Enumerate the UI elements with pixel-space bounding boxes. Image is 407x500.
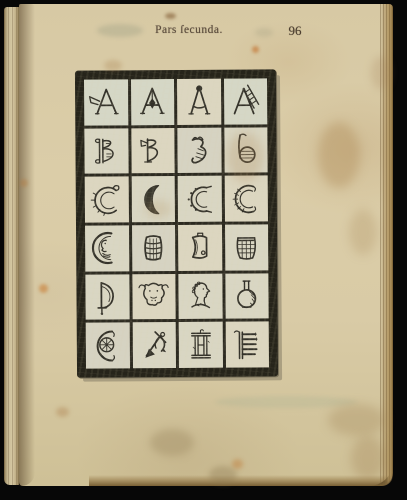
- woodcut-cell-b-ornate: [84, 128, 128, 174]
- a-carpenters-square-icon: [87, 82, 126, 123]
- gothic-e-gate-icon: [181, 324, 220, 365]
- anchor-icon: [135, 325, 174, 366]
- woodcut-cell-horn-three: [177, 127, 221, 173]
- show-through: [255, 28, 273, 37]
- stain: [39, 284, 48, 293]
- woodcut-cell-c-horn: [85, 177, 129, 223]
- c-horseshoe-icon: [180, 178, 219, 219]
- a-compass-icon: [180, 81, 219, 122]
- a-plumb-level-icon: [133, 81, 172, 122]
- woodcut-cell-wheel-in-crescent: [86, 323, 130, 369]
- c-hatched-crescent-icon: [227, 178, 266, 219]
- bottom-page-block-edge: [89, 475, 393, 486]
- woodcut-cell-a-compass: [177, 79, 221, 125]
- woodcut-cell-c-hatched-crescent: [224, 176, 268, 222]
- e-comb-icon: [228, 324, 267, 365]
- woodcut-cell-a-ladder: [223, 78, 267, 124]
- a-ladder-icon: [226, 81, 265, 122]
- woodcut-cell-anchor: [132, 322, 176, 368]
- stain: [165, 13, 176, 19]
- woodcut-cell-woven-basket: [225, 224, 269, 270]
- woodcut-cell-round-flask: [225, 273, 269, 319]
- woodcut-cell-e-comb: [225, 322, 269, 368]
- wheel-in-crescent-icon: [88, 325, 127, 366]
- stain: [328, 404, 386, 436]
- stain: [252, 46, 259, 53]
- woodcut-cell-c-horseshoe: [178, 176, 222, 222]
- scimitar-d-icon: [88, 276, 127, 317]
- book-photo: { "header": { "running_title": "Pars ſec…: [0, 0, 407, 500]
- face-in-crescent-icon: [88, 228, 127, 269]
- stain: [56, 407, 69, 417]
- woodcut-cell-c-crescent-moon: [131, 176, 175, 222]
- woodcut-grid: [84, 78, 269, 368]
- woodcut-cell-gothic-e-gate: [179, 322, 223, 368]
- woodcut-cell-barrel: [132, 225, 176, 271]
- woodcut-cell-a-plumb-level: [130, 79, 174, 125]
- stain: [150, 429, 194, 456]
- woodcut-cell-bust-profile: [178, 273, 222, 319]
- b-with-clamp-icon: [133, 130, 172, 171]
- round-flask-icon: [227, 275, 266, 316]
- stain: [20, 179, 28, 187]
- woodcut-cell-scimitar-d: [85, 274, 129, 320]
- axe-head-icon: [181, 227, 220, 268]
- page-number: 96: [279, 23, 311, 39]
- woodcut-cell-beast-head: [132, 274, 176, 320]
- woven-basket-icon: [227, 227, 266, 268]
- running-title: Pars ſecunda.: [135, 24, 243, 36]
- c-crescent-moon-icon: [134, 179, 173, 220]
- b-lowercase-flask-icon: [226, 129, 265, 170]
- show-through: [215, 396, 357, 408]
- woodcut-cell-axe-head: [178, 225, 222, 271]
- c-horn-icon: [87, 179, 126, 220]
- fore-edge: [380, 4, 393, 486]
- woodcut-cell-b-lowercase-flask: [224, 127, 268, 173]
- beast-head-icon: [134, 276, 173, 317]
- bust-profile-icon: [181, 276, 220, 317]
- stain: [318, 122, 360, 188]
- stain: [104, 60, 122, 71]
- page-stack-edge: [4, 7, 19, 485]
- horn-three-icon: [180, 130, 219, 171]
- stain: [232, 459, 243, 469]
- woodcut-cell-b-with-clamp: [131, 128, 175, 174]
- b-ornate-icon: [87, 130, 126, 171]
- woodcut-plate: [75, 69, 278, 377]
- stain: [349, 209, 377, 255]
- woodcut-cell-face-in-crescent: [85, 225, 129, 271]
- woodcut-cell-a-carpenters-square: [84, 79, 128, 125]
- book-page: Pars ſecunda. 96: [19, 4, 393, 486]
- barrel-icon: [134, 227, 173, 268]
